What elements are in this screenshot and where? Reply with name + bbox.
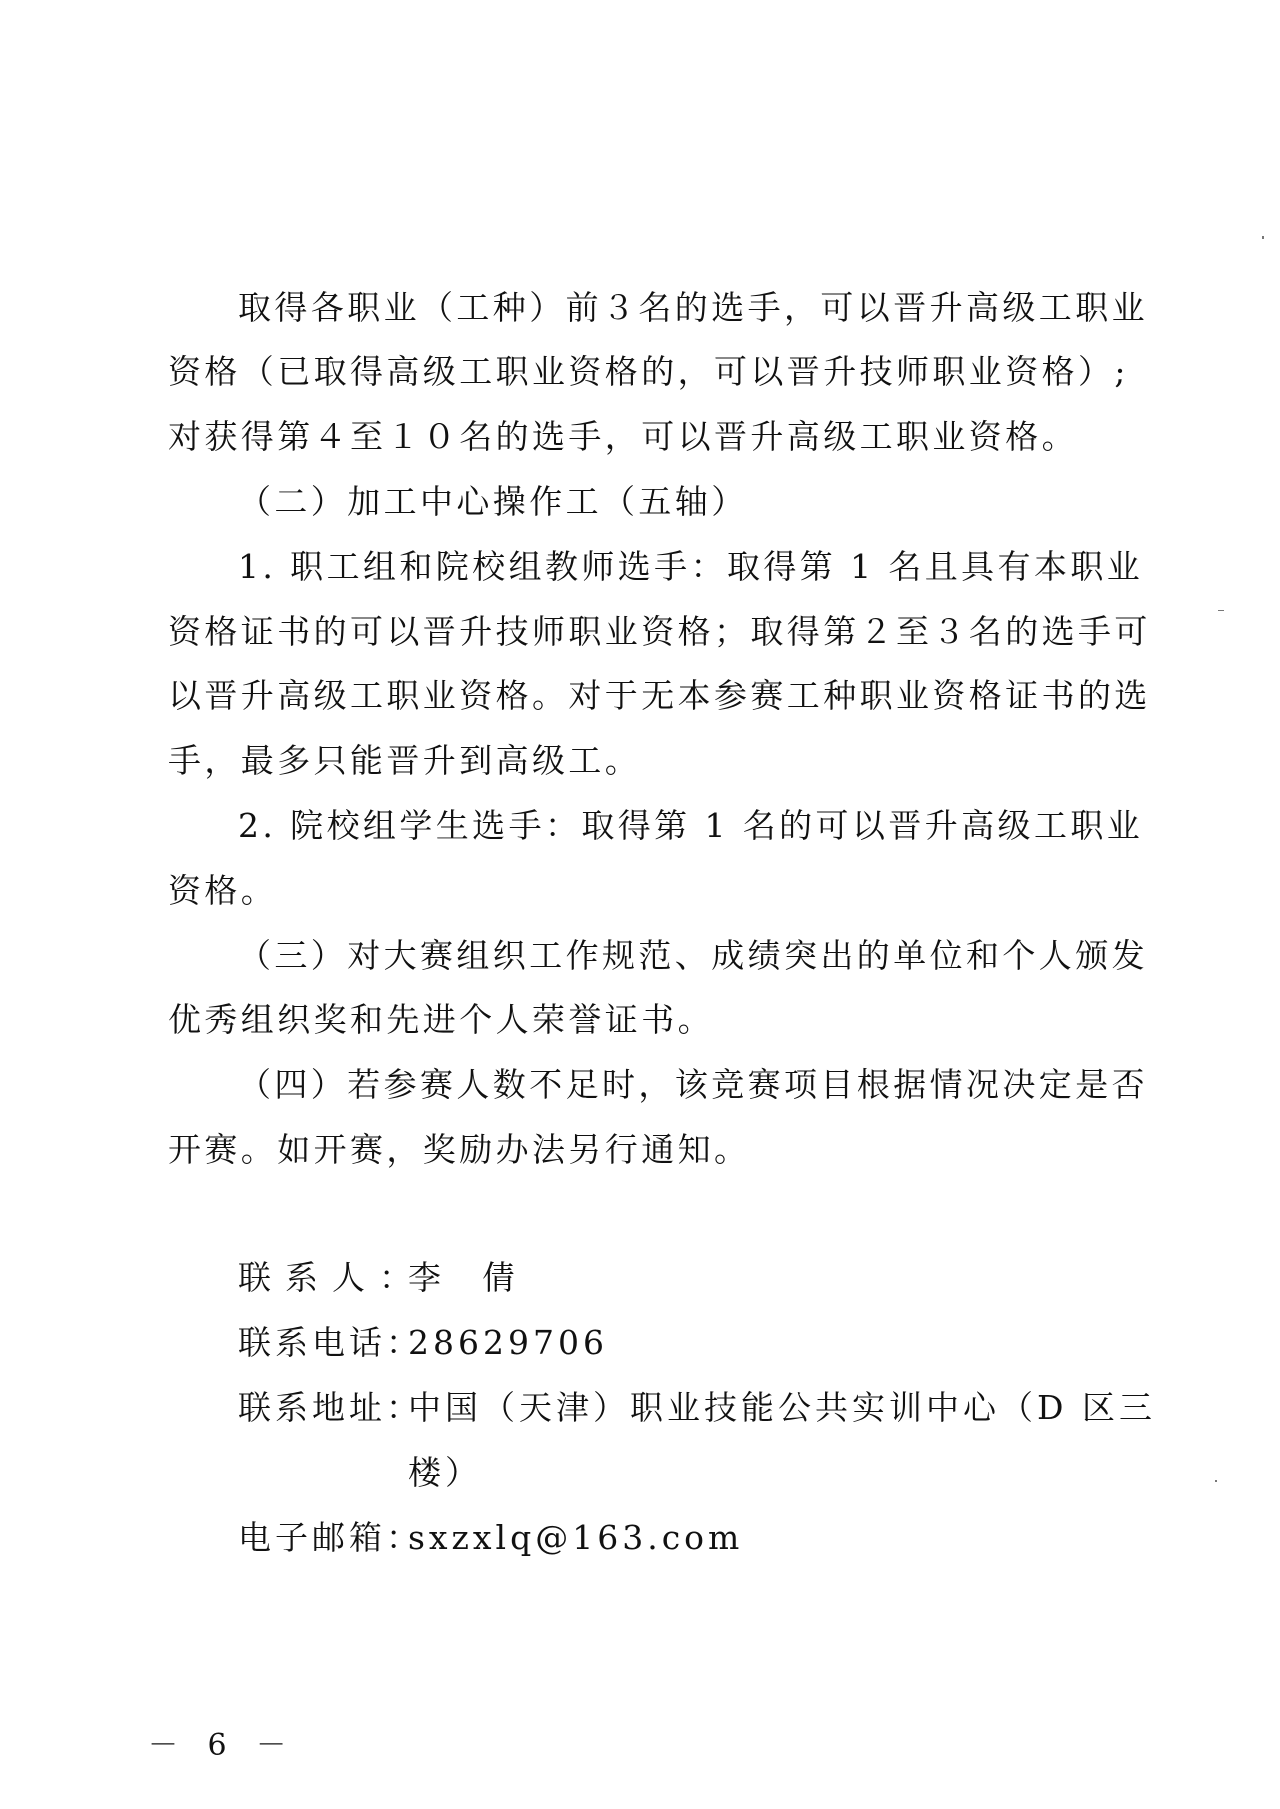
contact-email-label: 电子邮箱：	[238, 1518, 408, 1558]
paragraph-line: （三）对大赛组织工作规范、成绩突出的单位和个人颁发	[238, 936, 1100, 976]
paragraph-line: 资格证书的可以晋升技师职业资格；取得第２至３名的选手可	[168, 612, 1100, 652]
contact-address-value: 中国（天津）职业技能公共实训中心（D 区三	[408, 1388, 1156, 1428]
scan-speck	[1218, 610, 1224, 611]
paragraph-line: 优秀组织奖和先进个人荣誉证书。	[168, 1000, 1100, 1040]
contact-phone: 联系电话：28629706	[238, 1323, 608, 1363]
contact-email-value[interactable]: sxzxlq@163.com	[408, 1518, 743, 1558]
paragraph-line: 1. 职工组和院校组教师选手：取得第 1 名且具有本职业	[238, 547, 1100, 587]
document-page: 取得各职业（工种）前３名的选手，可以晋升高级工职业 资格（已取得高级工职业资格的…	[0, 0, 1280, 1809]
paragraph-line: 手，最多只能晋升到高级工。	[168, 741, 1100, 781]
paragraph-line: （四）若参赛人数不足时，该竞赛项目根据情况决定是否	[238, 1065, 1100, 1105]
contact-address-continued: 楼）	[408, 1453, 482, 1493]
section-heading: （二）加工中心操作工（五轴）	[238, 482, 1100, 522]
paragraph-line: 取得各职业（工种）前３名的选手，可以晋升高级工职业	[238, 288, 1100, 328]
paragraph-line: 开赛。如开赛，奖励办法另行通知。	[168, 1130, 1100, 1170]
paragraph-line: 以晋升高级工职业资格。对于无本参赛工种职业资格证书的选	[168, 676, 1100, 716]
contact-phone-value: 28629706	[408, 1323, 608, 1363]
contact-person-value: 李 倩	[408, 1258, 519, 1298]
paragraph-line: 对获得第４至１０名的选手，可以晋升高级工职业资格。	[168, 417, 1100, 457]
contact-address: 联系地址：中国（天津）职业技能公共实训中心（D 区三	[238, 1388, 1156, 1428]
contact-address-label: 联系地址：	[238, 1388, 408, 1428]
paragraph-line: 资格（已取得高级工职业资格的，可以晋升技师职业资格）;	[168, 352, 1100, 392]
scan-speck	[1262, 236, 1264, 239]
paragraph-line: 资格。	[168, 871, 1100, 911]
contact-person-label: 联系人：	[238, 1258, 408, 1298]
page-number: － 6 －	[148, 1728, 296, 1764]
paragraph-line: 2. 院校组学生选手：取得第 1 名的可以晋升高级工职业	[238, 806, 1100, 846]
contact-email: 电子邮箱：sxzxlq@163.com	[238, 1518, 743, 1558]
contact-person: 联系人：李 倩	[238, 1258, 519, 1298]
scan-speck	[1215, 1480, 1217, 1482]
contact-phone-label: 联系电话：	[238, 1323, 408, 1363]
